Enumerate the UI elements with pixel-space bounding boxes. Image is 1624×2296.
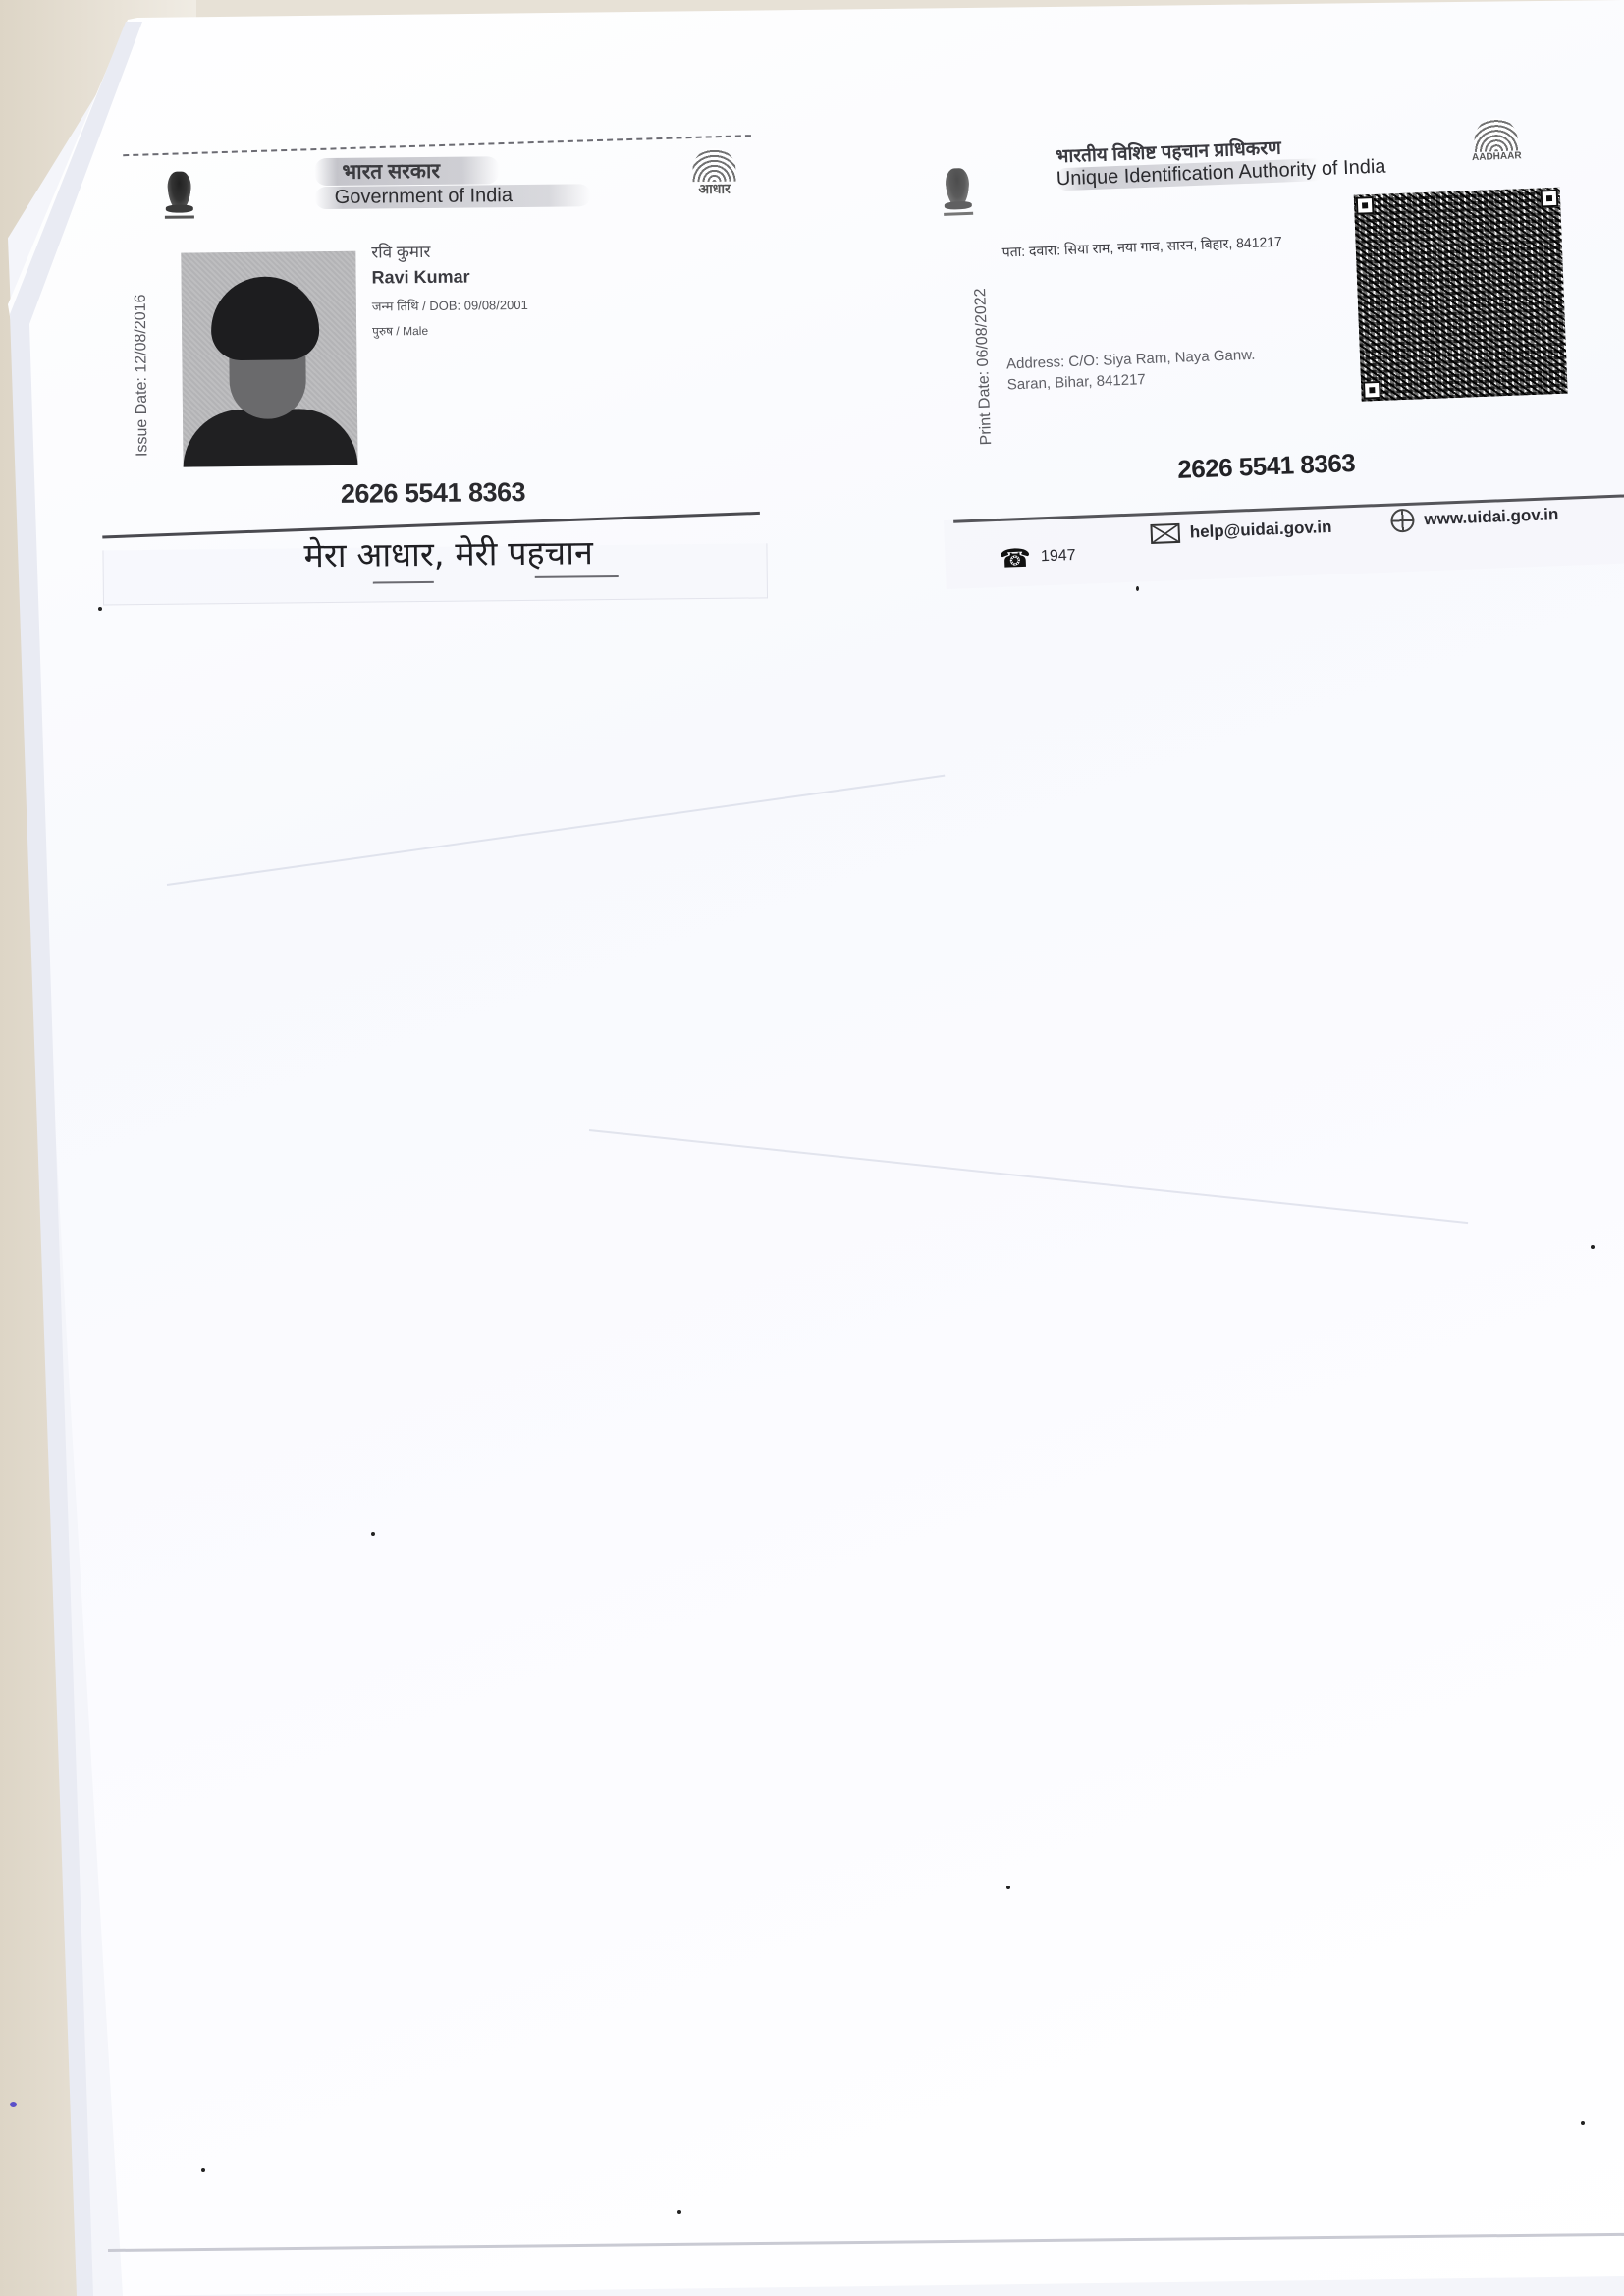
scan-speck [371, 1532, 375, 1536]
address-english-line2: Saran, Bihar, 841217 [1007, 371, 1147, 393]
gender: पुरुष / Male [372, 322, 428, 340]
qr-code [1354, 188, 1568, 402]
scan-speck [677, 2210, 681, 2214]
tagline: मेरा आधार, मेरी पहचान [303, 528, 593, 576]
aadhaar-number: 2626 5541 8363 [341, 477, 526, 510]
name-hindi: रवि कुमार [371, 240, 430, 263]
issue-date: Issue Date: 12/08/2016 [133, 294, 152, 457]
logo-label: आधार [683, 180, 746, 199]
scan-speck [98, 607, 102, 611]
scan-speck [1591, 1245, 1595, 1249]
fingerprint-icon [692, 148, 735, 182]
globe-icon [1390, 509, 1415, 533]
contact-phone: ☎ 1947 [999, 543, 1076, 572]
scan-speck [201, 2168, 205, 2172]
header-english: Government of India [315, 184, 591, 209]
holder-photo [181, 251, 357, 467]
cut-line [123, 135, 751, 156]
print-date: Print Date: 06/08/2022 [972, 288, 996, 446]
address-hindi: पता: दवारा: सिया राम, नया गाव, सारन, बिह… [1001, 233, 1282, 262]
fingerprint-icon [1474, 117, 1518, 152]
aadhaar-logo-icon: AADHAAR [1464, 115, 1529, 174]
date-of-birth: जन्म तिथि / DOB: 09/08/2001 [372, 296, 528, 315]
national-emblem-icon [162, 169, 196, 224]
phone-number: 1947 [1041, 547, 1076, 566]
aadhaar-card-back: भारतीय विशिष्ट पहचान प्राधिकरण Unique Id… [938, 82, 1624, 599]
aadhaar-logo-icon: आधार [682, 146, 746, 204]
telephone-icon: ☎ [999, 545, 1031, 572]
envelope-icon [1150, 523, 1180, 544]
scan-speck [10, 2102, 17, 2107]
name-english: Ravi Kumar [371, 267, 469, 289]
logo-label: AADHAAR [1465, 150, 1528, 163]
aadhaar-card-front: भारत सरकार Government of India आधार Issu… [142, 126, 810, 604]
website-url: www.uidai.gov.in [1424, 505, 1559, 529]
scan-speck [1581, 2121, 1585, 2125]
scan-speck [1006, 1886, 1010, 1889]
aadhaar-number: 2626 5541 8363 [1177, 448, 1356, 485]
scan-speck [1136, 586, 1139, 591]
address-english-line1: Address: C/O: Siya Ram, Naya Ganw. [1006, 347, 1256, 373]
header-hindi: भारत सरकार [314, 156, 499, 186]
national-emblem-icon [940, 166, 975, 222]
